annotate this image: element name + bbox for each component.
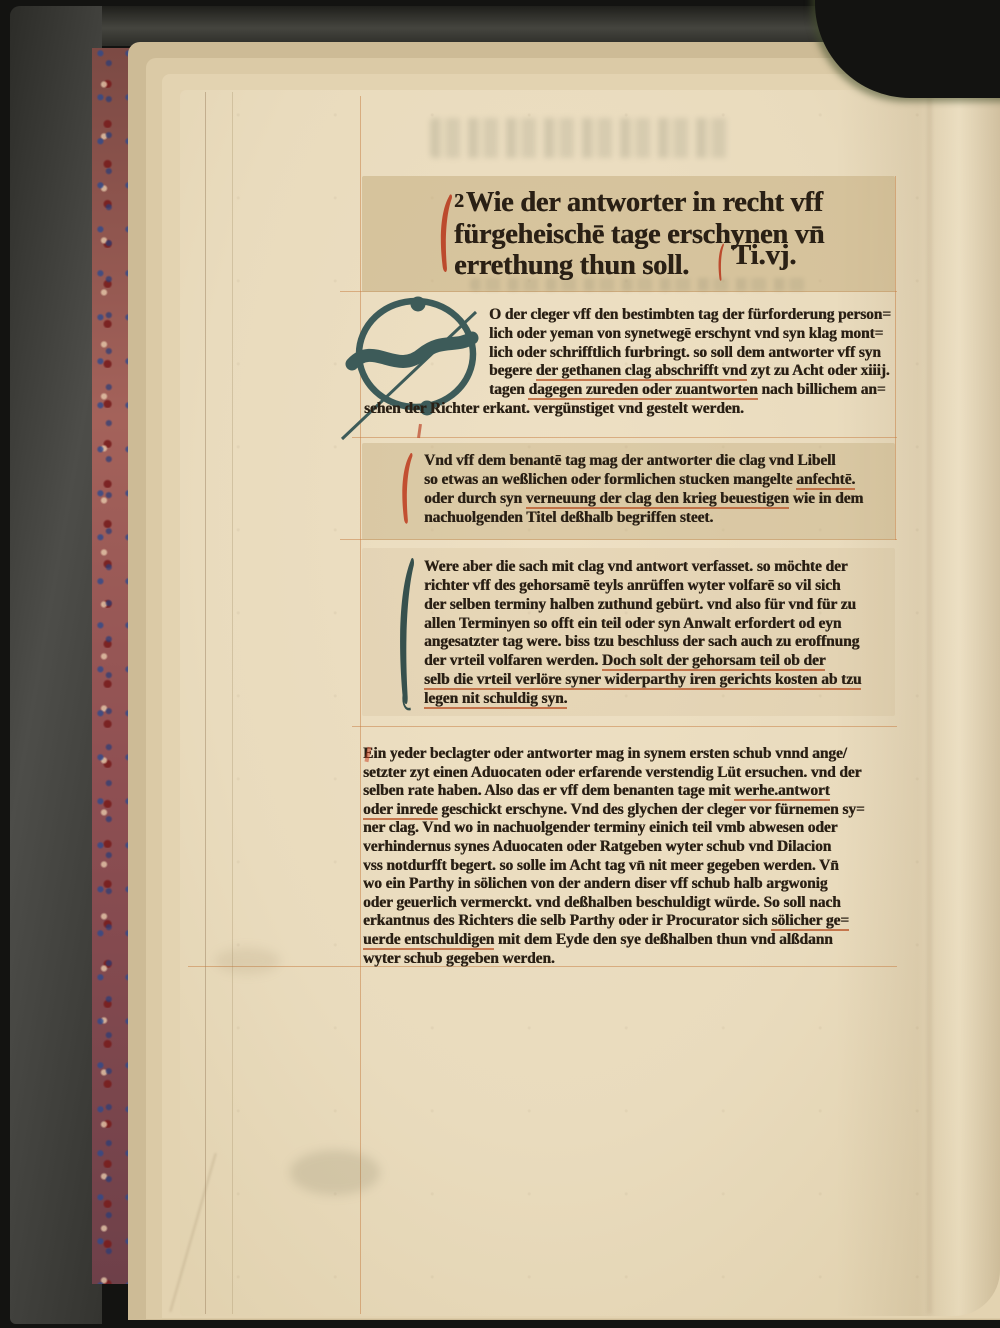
stain [290, 1150, 380, 1195]
red-underline-annotation: uerde entschuldigen [363, 931, 494, 950]
text-line: Ein yeder beclagter oder antworter mag i… [363, 745, 847, 763]
text-line: sehen der Richter erkant. vergünstiget v… [364, 400, 744, 418]
marbled-endpaper-strip [92, 48, 130, 1284]
lombard-initial-s-icon [334, 292, 504, 442]
ruling-line-vertical [895, 176, 896, 540]
red-underline-annotation: selb die vrteil verlöre syner widerparth… [424, 671, 861, 690]
page-fold-shadow [928, 92, 931, 1314]
red-underline-annotation: legen nit schuldig syn. [424, 690, 567, 709]
text-line: lich oder schrifftlich furbringt. so sol… [489, 344, 881, 362]
text-line: verhindernus synes Aduocaten oder Ratgeb… [363, 838, 831, 856]
text-line: der vrteil volfaren werden. Doch solt de… [424, 652, 825, 670]
gutter-crease [232, 92, 233, 1314]
rubric-leaf-icon [397, 452, 417, 528]
text-line: setzter zyt einen Aduocaten oder erfaren… [363, 764, 861, 782]
red-underline-annotation: dagegen zureden oder zuantworten [528, 381, 757, 400]
leather-cover-spine [10, 6, 102, 1324]
chapter-ref: Ti.vj. [732, 240, 796, 272]
teal-leaf-paraph-icon [394, 556, 419, 712]
red-underline-annotation: Doch solt der gehorsam teil ob der [602, 652, 826, 671]
text-line: begere der gethanen clag abschrifft vnd … [489, 362, 890, 380]
text-line: vss notdurfft begert. so solle im Acht t… [363, 857, 839, 875]
r-rotunda-mark: 2 [454, 190, 464, 212]
text-line: oder geuerlich vermerckt. vnd deßhalben … [363, 894, 841, 912]
red-underline-annotation: sölicher ge= [771, 912, 849, 931]
text-line: O der cleger vff den bestimbten tag der … [489, 306, 891, 324]
text-line: lich oder yeman von synetwegē erschynt v… [489, 325, 883, 343]
rubric-pilcrow-icon [714, 243, 728, 283]
rubric-leaf-icon [436, 190, 456, 280]
text-line: so etwas an weßlichen oder formlichen st… [424, 471, 855, 489]
text-line: selb die vrteil verlöre syner widerparth… [424, 671, 861, 689]
red-underline-annotation: anfechtē. [796, 471, 855, 490]
text-line: nachuolgenden Titel deßhalb begriffen st… [424, 509, 713, 527]
text-line: angesatzter tag were. biss tzu beschluss… [424, 633, 859, 651]
text-line: erkantnus des Richters die selb Parthy o… [363, 912, 849, 930]
text-line: Vnd vff dem benantē tag mag der antworte… [424, 452, 835, 470]
heading-line: 2Wie der antworter in recht vff [454, 186, 824, 219]
text-line: selben rate haben. Also das er vff dem b… [363, 782, 830, 800]
text-line: richter vff des gehorsamē teyls anrüffen… [424, 577, 840, 595]
show-through-text [430, 118, 730, 158]
text-line: ner clag. Vnd wo in nachuolgender termin… [363, 819, 837, 837]
book-scan: 2Wie der antworter in recht vff fürgehei… [0, 0, 1000, 1328]
text-line: allen Terminyen so offt ein teil oder sy… [424, 615, 841, 633]
text-line: uerde entschuldigen mit dem Eyde den sye… [363, 931, 833, 949]
text-line: der selben terminy halben zuthund gebürt… [424, 596, 856, 614]
ruling-line-vertical [360, 96, 361, 1314]
text-line: oder durch syn verneuung der clag den kr… [424, 490, 863, 508]
stain [215, 948, 280, 974]
red-underline-annotation: werhe.antwort [734, 782, 830, 801]
text-line: wyter schub gegeben werden. [363, 950, 555, 968]
text-line: legen nit schuldig syn. [424, 690, 567, 708]
text-line: wo ein Parthy in sölichen von der andern… [363, 875, 827, 893]
text-line: oder inrede geschickt erschyne. Vnd des … [363, 801, 865, 819]
red-underline-annotation: verneuung der clag den krieg beuestigen [526, 490, 789, 509]
ruling-line-horizontal [352, 726, 897, 727]
gutter-crease [205, 92, 206, 1314]
red-underline-annotation: oder inrede [363, 801, 438, 820]
text-line: Were aber die sach mit clag vnd antwort … [424, 558, 848, 576]
red-underline-annotation: der gethanen clag abschrifft vnd [536, 362, 747, 381]
text-line: tagen dagegen zureden oder zuantworten n… [489, 381, 886, 399]
